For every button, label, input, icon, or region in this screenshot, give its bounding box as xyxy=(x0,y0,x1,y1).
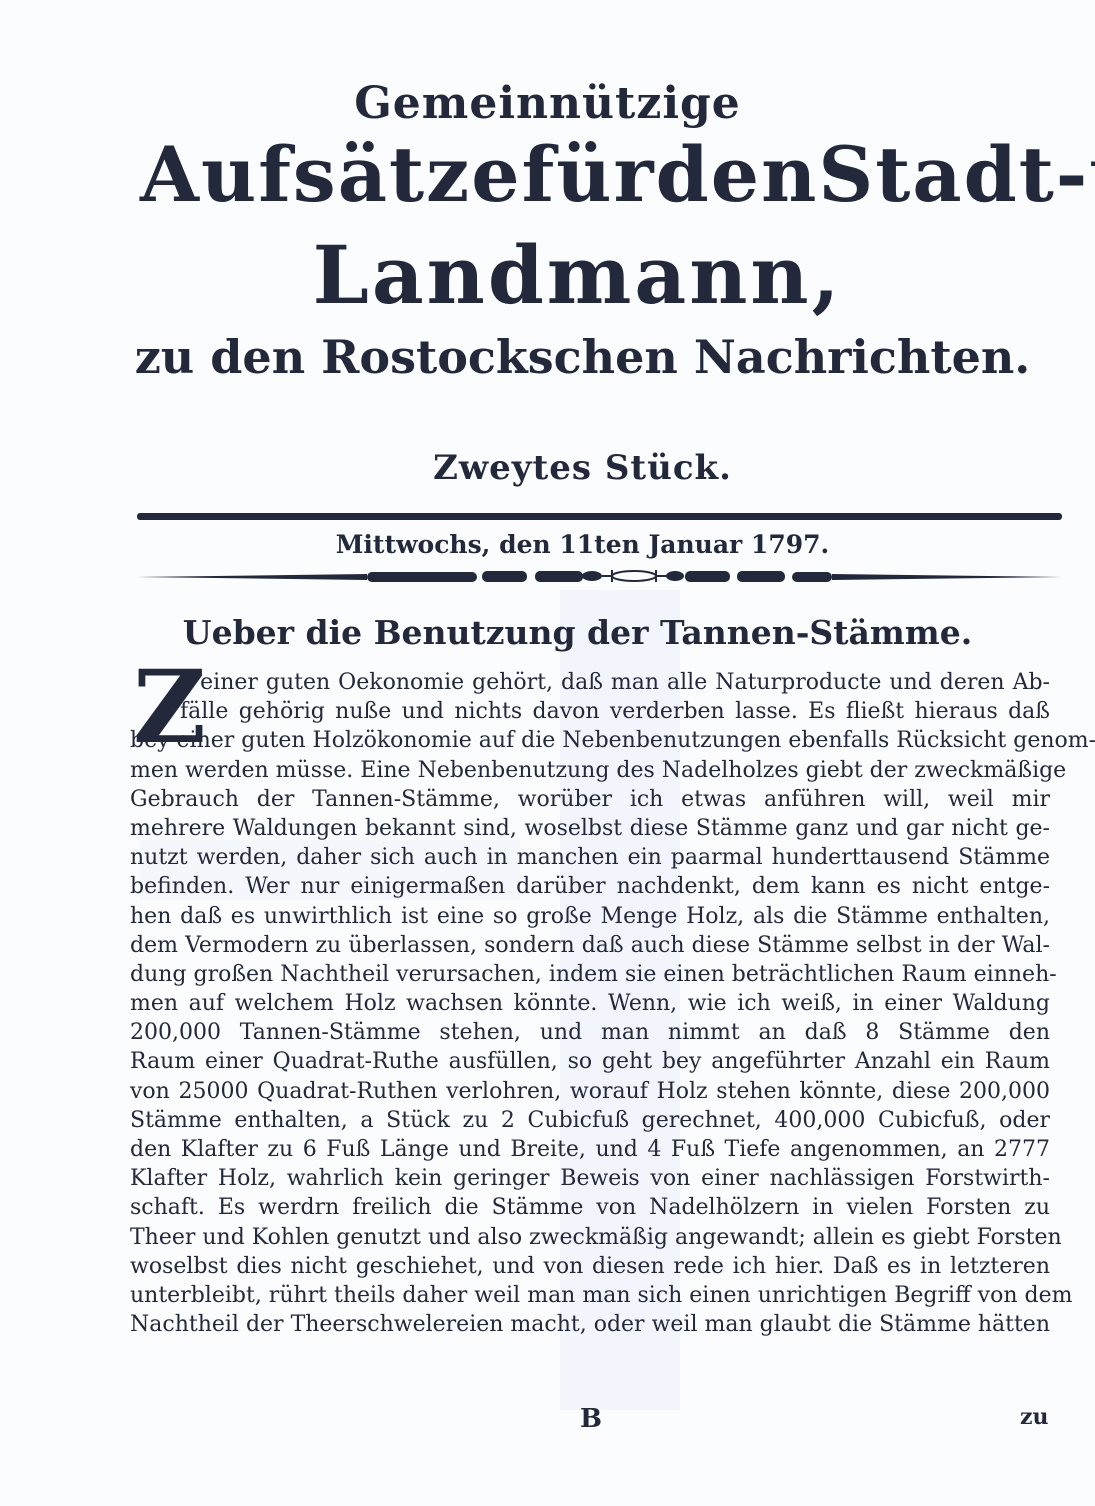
text-line: hen daß es unwirthlich ist eine so große… xyxy=(130,902,1050,931)
text-line: bey einer guten Holzökonomie auf die Neb… xyxy=(130,726,1050,755)
text-line: woselbst dies nicht geschiehet, und von … xyxy=(130,1252,1050,1281)
article-body: u einer guten Oekonomie gehört, daß man … xyxy=(130,668,1050,1339)
ornamental-divider-icon xyxy=(137,568,1062,584)
text-line: von 25000 Quadrat-Ruthen verlohren, wora… xyxy=(130,1077,1050,1106)
issue-date: Mittwochs, den 11ten Januar 1797. xyxy=(0,530,1095,559)
newspaper-page: Gemeinnützige Aufsätze für den Stadt- un… xyxy=(0,0,1095,1506)
text-line: Klafter Holz, wahrlich kein geringer Bew… xyxy=(130,1164,1050,1193)
masthead-word: und xyxy=(1089,130,1095,219)
text-line: men werden müsse. Eine Nebenbenutzung de… xyxy=(130,756,1050,785)
text-line: fälle gehörig nuße und nichts davon verd… xyxy=(130,697,1050,726)
text-line: dung großen Nachtheil verursachen, indem… xyxy=(130,960,1050,989)
text-line: Nachtheil der Theerschwelereien macht, o… xyxy=(130,1310,1050,1339)
masthead-word: den xyxy=(656,130,819,219)
masthead-word: für xyxy=(522,130,656,219)
text-line: den Klafter zu 6 Fuß Länge und Breite, u… xyxy=(130,1135,1050,1164)
text-line: schaft. Es werdrn freilich die Stämme vo… xyxy=(130,1193,1050,1222)
text-line: nutzt werden, daher sich auch in manchen… xyxy=(130,843,1050,872)
text-line: unterbleibt, rührt theils daher weil man… xyxy=(130,1281,1050,1310)
text-line: Stämme enthalten, a Stück zu 2 Cubicfuß … xyxy=(130,1106,1050,1135)
text-line: 200,000 Tannen-Stämme stehen, und man ni… xyxy=(130,1018,1050,1047)
top-rule-divider xyxy=(137,513,1062,520)
text-line: Raum einer Quadrat-Ruthe ausfüllen, so g… xyxy=(130,1047,1050,1076)
text-line: dem Vermodern zu überlassen, sondern daß… xyxy=(130,931,1050,960)
text-line: Gebrauch der Tannen-Stämme, worüber ich … xyxy=(130,785,1050,814)
text-line: men auf welchem Holz wachsen könnte. Wen… xyxy=(130,989,1050,1018)
masthead-line-1: Gemeinnützige xyxy=(0,78,1095,129)
article-title: Ueber die Benutzung der Tannen-Stämme. xyxy=(0,613,1095,652)
catchword: zu xyxy=(1020,1404,1049,1430)
masthead-line-3: Landmann, xyxy=(0,228,1095,322)
issue-number: Zweytes Stück. xyxy=(0,448,1095,488)
text-line: befinden. Wer nur einigermaßen darüber n… xyxy=(130,872,1050,901)
masthead-word: Aufsätze xyxy=(140,130,522,219)
text-line: Theer und Kohlen genutzt und also zweckm… xyxy=(130,1223,1050,1252)
masthead-line-2: Aufsätze für den Stadt- und xyxy=(140,130,1070,219)
text-line: u einer guten Oekonomie gehört, daß man … xyxy=(130,668,1050,697)
text-line: mehrere Waldungen bekannt sind, woselbst… xyxy=(130,814,1050,843)
signature-mark: B xyxy=(580,1404,602,1434)
masthead-word: Stadt- xyxy=(818,130,1089,219)
masthead-subtitle: zu den Rostockschen Nachrichten. xyxy=(0,330,1095,384)
